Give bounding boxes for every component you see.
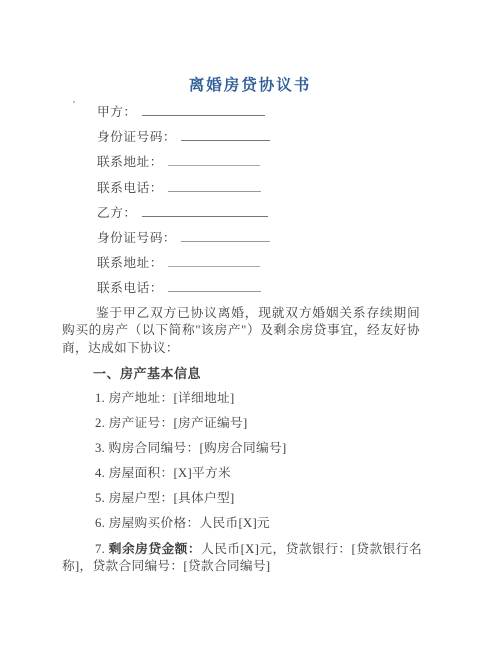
list-item-purchase-price: 6. 房屋购买价格：人民币[X]元	[62, 515, 422, 533]
list-item-house-area: 4. 房屋面积：[X]平方米	[62, 465, 422, 483]
form-field-party-b-id: 身份证号码：	[0, 229, 500, 247]
item-number: 7.	[95, 542, 109, 556]
field-label: 联系电话：	[97, 281, 163, 295]
form-field-party-a-id: 身份证号码：	[0, 128, 500, 146]
field-label: 联系地址：	[97, 256, 163, 270]
blank-underline	[142, 204, 268, 217]
field-label: 乙方：	[97, 206, 137, 220]
form-field-party-a-address: 联系地址：	[0, 153, 500, 171]
list-item-house-layout: 5. 房屋户型：[具体户型]	[62, 490, 422, 508]
item-bold-label: 剩余房贷金额：	[109, 542, 201, 556]
document-title: 离婚房贷协议书	[0, 0, 500, 96]
list-item-property-address: 1. 房产地址：[详细地址]	[62, 390, 422, 408]
form-field-party-b-phone: 联系电话：	[0, 279, 500, 297]
blank-underline	[168, 254, 260, 267]
field-label: 身份证号码：	[97, 130, 176, 144]
blank-underline	[142, 103, 265, 116]
field-label: 联系地址：	[97, 155, 163, 169]
form-field-party-b: 乙方：	[0, 204, 500, 222]
field-label: 身份证号码：	[97, 231, 176, 245]
blank-underline	[181, 128, 270, 141]
list-item-remaining-mortgage: 7. 剩余房贷金额：人民币[X]元，贷款银行：[贷款银行名称]，贷款合同编号：[…	[62, 541, 422, 576]
document-page: 离婚房贷协议书 ' 甲方： 身份证号码： 联系地址： 联系电话： 乙方： 身份证…	[0, 0, 500, 647]
stray-tick-mark: '	[73, 99, 75, 111]
blank-underline	[181, 229, 270, 242]
intro-paragraph: 鉴于甲乙双方已协议离婚，现就双方婚姻关系存续期间购买的房产（以下简称"该房产"）…	[62, 305, 420, 358]
list-item-purchase-contract-number: 3. 购房合同编号：[购房合同编号]	[62, 440, 422, 458]
form-field-party-b-address: 联系地址：	[0, 254, 500, 272]
property-info-list: 1. 房产地址：[详细地址] 2. 房产证号：[房产证编号] 3. 购房合同编号…	[0, 390, 500, 576]
field-label: 甲方：	[97, 105, 137, 119]
list-item-property-cert-number: 2. 房产证号：[房产证编号]	[62, 415, 422, 433]
blank-underline	[168, 153, 260, 166]
form-field-party-a-phone: 联系电话：	[0, 179, 500, 197]
blank-underline	[168, 179, 261, 192]
blank-underline	[168, 279, 261, 292]
form-field-party-a: 甲方：	[0, 103, 500, 121]
section-heading-property-info: 一、房产基本信息	[93, 365, 500, 383]
field-label: 联系电话：	[97, 181, 163, 195]
parties-form-section: 甲方： 身份证号码： 联系地址： 联系电话： 乙方： 身份证号码： 联系地址： …	[0, 103, 500, 297]
